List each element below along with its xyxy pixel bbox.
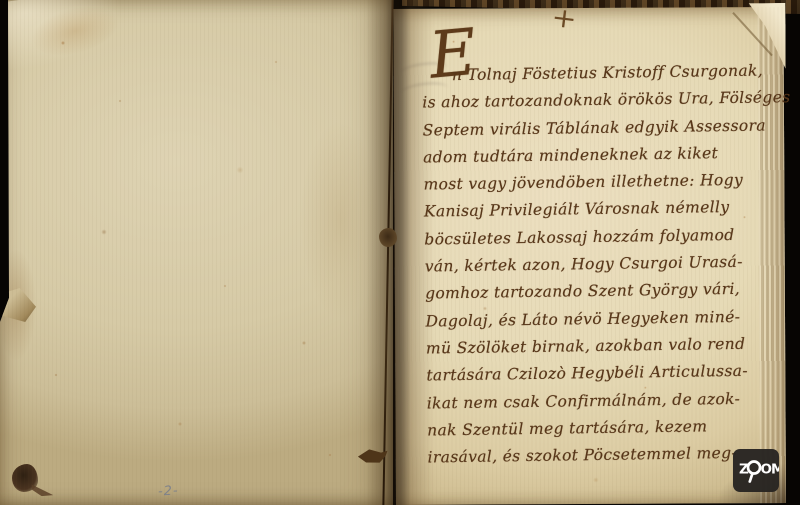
zoom-logo: Z OM	[733, 449, 779, 492]
manuscript-text-block: n Tolnaj Föstetius Kristoff Csurgonak, i…	[422, 57, 780, 472]
pencil-page-number: -2-	[158, 483, 179, 499]
right-page-manuscript: + E n Tolnaj Föstetius Kristoff Csurgona…	[393, 7, 786, 505]
left-page-blank: -2-	[0, 0, 393, 505]
manuscript-line: ikat nem csak Confirmálnám, de azok-	[427, 385, 779, 418]
paper-stain	[300, 120, 380, 320]
invocation-cross-mark: +	[550, 2, 593, 38]
manuscript-line: Septem virális Táblának edgyik Assessora	[423, 112, 775, 145]
manuscript-scan: -2- + E n Tolnaj Föstetius Kristoff Csur…	[0, 0, 800, 505]
thread-knot	[379, 228, 397, 247]
zoom-letters-om: OM	[761, 462, 780, 478]
zoom-viewer-watermark[interactable]: Z OM	[733, 449, 779, 492]
manuscript-line: irasával, és szokot Pöcsetemmel meg-	[427, 439, 779, 472]
